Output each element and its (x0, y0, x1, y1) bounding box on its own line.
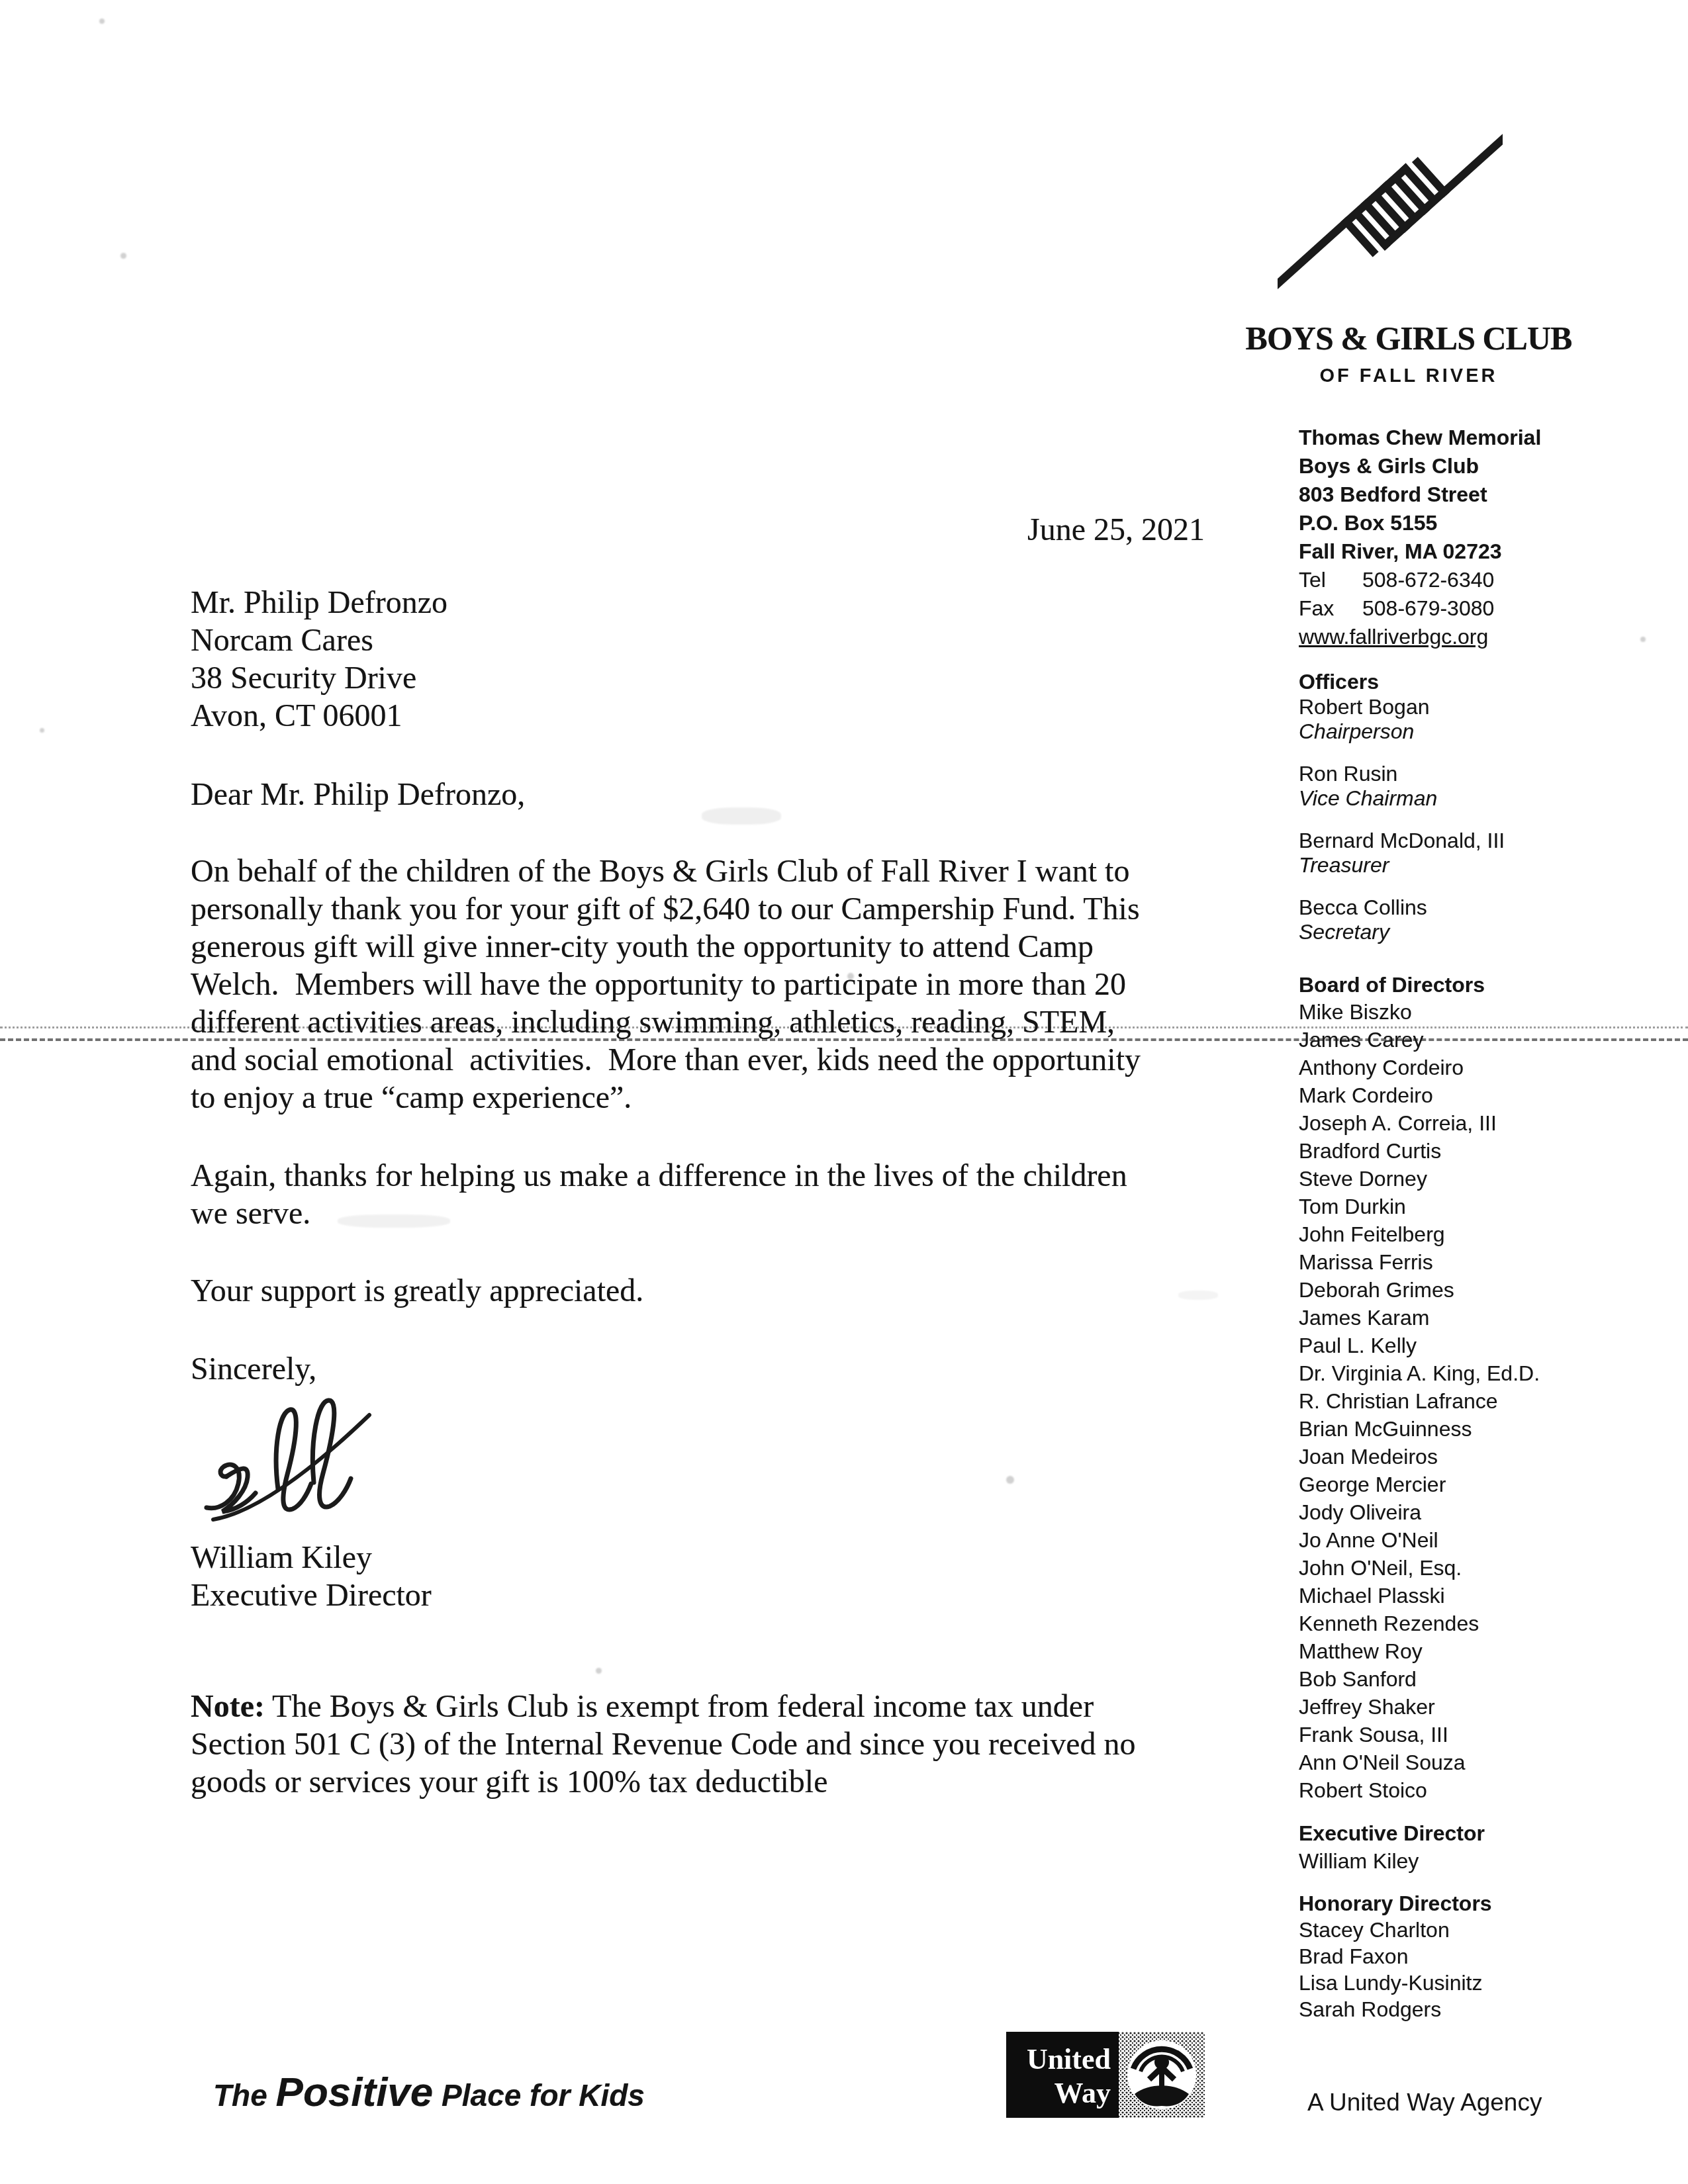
body-text-line: personally thank you for your gift of $2… (191, 890, 1141, 928)
officer-entry: Bernard McDonald, III Treasurer (1299, 829, 1505, 878)
address-line: Fall River, MA 02723 (1299, 537, 1541, 566)
recipient-line: Avon, CT 06001 (191, 697, 447, 735)
address-line: Thomas Chew Memorial (1299, 424, 1541, 452)
board-header: Board of Directors (1299, 972, 1540, 998)
body-text-line: we serve. (191, 1195, 1127, 1232)
officer-name: Becca Collins (1299, 895, 1505, 920)
honorary-director-name: Sarah Rodgers (1299, 1996, 1492, 2023)
board-of-directors-section: Board of Directors Mike Biszko James Car… (1299, 972, 1540, 1804)
fax-number: 508-679-3080 (1362, 596, 1494, 620)
signer-title: Executive Director (191, 1576, 432, 1614)
board-member-name: James Karam (1299, 1304, 1540, 1332)
board-member-name: Marissa Ferris (1299, 1248, 1540, 1276)
officer-entry: Ron Rusin Vice Chairman (1299, 762, 1505, 811)
officer-title: Treasurer (1299, 853, 1505, 878)
officers-header: Officers (1299, 668, 1505, 695)
board-member-name: Bradford Curtis (1299, 1137, 1540, 1165)
tagline: The Positive Place for Kids (213, 2069, 645, 2116)
officer-name: Robert Bogan (1299, 695, 1505, 719)
body-text-line: different activities areas, including sw… (191, 1003, 1141, 1041)
board-member-name: George Mercier (1299, 1471, 1540, 1498)
address-line: 803 Bedford Street (1299, 480, 1541, 509)
executive-director-header: Executive Director (1299, 1820, 1485, 1846)
letterhead-address: Thomas Chew Memorial Boys & Girls Club 8… (1299, 424, 1541, 651)
honorary-directors-section: Honorary Directors Stacey Charlton Brad … (1299, 1890, 1492, 2023)
closing-line: Sincerely, (191, 1350, 316, 1388)
recipient-line: Norcam Cares (191, 621, 447, 659)
board-member-name: Deborah Grimes (1299, 1276, 1540, 1304)
tagline-rest: Place for Kids (433, 2078, 645, 2113)
tagline-the: The (213, 2078, 276, 2113)
scan-noise-speck (99, 19, 105, 24)
fax-label: Fax (1299, 594, 1362, 623)
executive-director-name: William Kiley (1299, 1846, 1485, 1876)
honorary-director-name: Brad Faxon (1299, 1943, 1492, 1970)
body-paragraph-1: On behalf of the children of the Boys & … (191, 852, 1141, 1116)
officer-title: Vice Chairman (1299, 786, 1505, 811)
scan-noise-speck (1640, 637, 1646, 642)
website-link[interactable]: www.fallriverbgc.org (1299, 625, 1488, 649)
tax-note: Note: The Boys & Girls Club is exempt fr… (191, 1688, 1136, 1801)
org-subname: OF FALL RIVER (1217, 365, 1601, 387)
board-member-name: John O'Neil, Esq. (1299, 1554, 1540, 1582)
signature-strokes (207, 1400, 369, 1520)
board-member-name: Joseph A. Correia, III (1299, 1109, 1540, 1137)
signature-block: William Kiley Executive Director (191, 1539, 432, 1614)
board-member-name: Dr. Virginia A. King, Ed.D. (1299, 1359, 1540, 1387)
honorary-director-name: Lisa Lundy-Kusinitz (1299, 1970, 1492, 1996)
body-text-line: Welch. Members will have the opportunity… (191, 966, 1141, 1003)
board-member-name: Steve Dorney (1299, 1165, 1540, 1193)
officer-title: Chairperson (1299, 719, 1505, 744)
scan-noise-speck (40, 728, 44, 733)
body-text-line: to enjoy a true “camp experience”. (191, 1079, 1141, 1116)
board-member-name: R. Christian Lafrance (1299, 1387, 1540, 1415)
note-label: Note: (191, 1689, 265, 1724)
board-member-name: Jody Oliveira (1299, 1498, 1540, 1526)
officers-section: Officers Robert Bogan Chairperson Ron Ru… (1299, 668, 1505, 962)
executive-director-section: Executive Director William Kiley (1299, 1820, 1485, 1876)
bgc-logo-strokes (1278, 127, 1503, 299)
signer-name: William Kiley (191, 1539, 432, 1576)
board-member-name: Joan Medeiros (1299, 1443, 1540, 1471)
body-text-line: and social emotional activities. More th… (191, 1041, 1141, 1079)
scan-noise-speck (1006, 1476, 1014, 1484)
fax-line: Fax508-679-3080 (1299, 594, 1541, 623)
bgc-interlocking-hands-logo-icon (1278, 127, 1503, 299)
board-member-name: Frank Sousa, III (1299, 1721, 1540, 1749)
scan-noise-smudge (702, 807, 781, 825)
signature-stroke (312, 1400, 351, 1507)
officer-name: Ron Rusin (1299, 762, 1505, 786)
letter-date: June 25, 2021 (192, 511, 1205, 549)
note-line: goods or services your gift is 100% tax … (191, 1763, 1136, 1801)
note-line: Note: The Boys & Girls Club is exempt fr… (191, 1688, 1136, 1725)
united-way-person-body-icon (1159, 2068, 1164, 2086)
board-member-name: Jeffrey Shaker (1299, 1693, 1540, 1721)
united-way-wordmark-line1: United (1027, 2043, 1111, 2075)
honorary-directors-header: Honorary Directors (1299, 1890, 1492, 1917)
org-name-title: BOYS & GIRLS CLUB (1217, 319, 1601, 357)
officer-entry: Becca Collins Secretary (1299, 895, 1505, 944)
note-line: Section 501 C (3) of the Internal Revenu… (191, 1725, 1136, 1763)
signature-stroke (276, 1410, 311, 1510)
board-member-name: Mike Biszko (1299, 998, 1540, 1026)
tel-number: 508-672-6340 (1362, 568, 1494, 592)
board-member-name: Bob Sanford (1299, 1665, 1540, 1693)
salutation: Dear Mr. Philip Defronzo, (191, 776, 525, 813)
officer-name: Bernard McDonald, III (1299, 829, 1505, 853)
address-line: P.O. Box 5155 (1299, 509, 1541, 537)
body-text-line: Again, thanks for helping us make a diff… (191, 1157, 1127, 1195)
board-member-name: John Feitelberg (1299, 1220, 1540, 1248)
board-member-name: Michael Plasski (1299, 1582, 1540, 1610)
officer-entry: Robert Bogan Chairperson (1299, 695, 1505, 744)
recipient-line: 38 Security Drive (191, 659, 447, 697)
note-text: The Boys & Girls Club is exempt from fed… (265, 1689, 1094, 1724)
board-member-name: Kenneth Rezendes (1299, 1610, 1540, 1637)
board-member-name: Paul L. Kelly (1299, 1332, 1540, 1359)
handwritten-signature-image (193, 1390, 405, 1545)
body-paragraph-2: Again, thanks for helping us make a diff… (191, 1157, 1127, 1232)
honorary-director-name: Stacey Charlton (1299, 1917, 1492, 1943)
phone-line: Tel508-672-6340 (1299, 566, 1541, 594)
body-paragraph-3: Your support is greatly appreciated. (191, 1272, 643, 1310)
board-member-name: Brian McGuinness (1299, 1415, 1540, 1443)
board-member-name: Jo Anne O'Neil (1299, 1526, 1540, 1554)
officer-title: Secretary (1299, 920, 1505, 944)
board-member-name: Robert Stoico (1299, 1776, 1540, 1804)
board-member-name: James Carey (1299, 1026, 1540, 1054)
board-member-name: Tom Durkin (1299, 1193, 1540, 1220)
body-text-line: On behalf of the children of the Boys & … (191, 852, 1141, 890)
united-way-logo: United Way (1006, 2032, 1205, 2118)
body-text-line: generous gift will give inner-city youth… (191, 928, 1141, 966)
scan-noise-speck (596, 1668, 602, 1674)
recipient-address-block: Mr. Philip Defronzo Norcam Cares 38 Secu… (191, 584, 447, 735)
united-way-wordmark-line2: Way (1054, 2077, 1111, 2109)
body-text-line: Your support is greatly appreciated. (191, 1272, 643, 1310)
scan-noise-smudge (1178, 1291, 1218, 1300)
united-way-agency-text: A United Way Agency (1307, 2089, 1542, 2116)
board-member-name: Matthew Roy (1299, 1637, 1540, 1665)
board-member-name: Anthony Cordeiro (1299, 1054, 1540, 1081)
address-line: Boys & Girls Club (1299, 452, 1541, 480)
recipient-line: Mr. Philip Defronzo (191, 584, 447, 621)
tagline-positive: Positive (276, 2070, 434, 2115)
scan-noise-speck (120, 253, 126, 259)
board-member-name: Mark Cordeiro (1299, 1081, 1540, 1109)
scanned-letter-page: BOYS & GIRLS CLUB OF FALL RIVER Thomas C… (0, 0, 1688, 2184)
tel-label: Tel (1299, 566, 1362, 594)
board-member-name: Ann O'Neil Souza (1299, 1749, 1540, 1776)
